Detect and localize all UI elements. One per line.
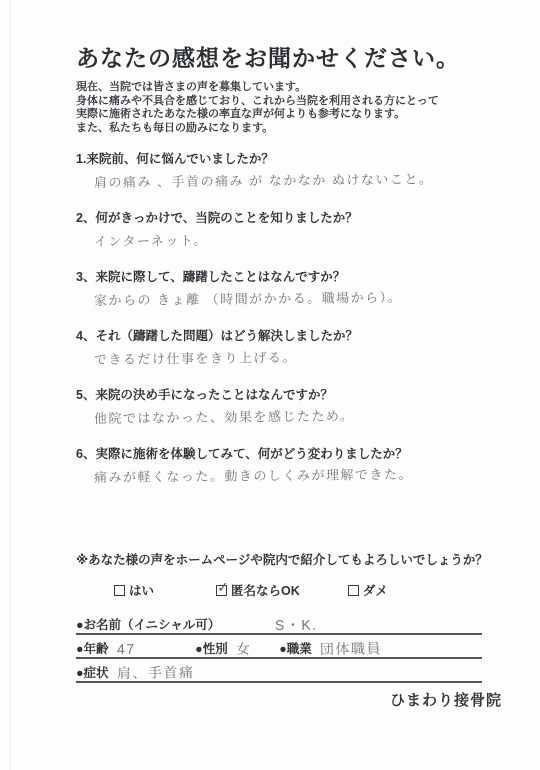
job-label: ●職業 (279, 639, 312, 657)
handwritten-answer: 肩の痛み 、手首の痛み が なかなか ぬけないこと。 (94, 170, 434, 192)
questions-section: 1.来院前、何に悩んでいましたか？ 肩の痛み 、手首の痛み が なかなか ぬけな… (76, 151, 482, 487)
handwritten-answer: インターネット。 (94, 232, 208, 251)
option-anonymous-ok-label: 匿名ならOK (231, 581, 300, 599)
question-block-1: 1.来院前、何に悩んでいましたか？ 肩の痛み 、手首の痛み が なかなか ぬけな… (76, 151, 482, 192)
handwritten-answer: 痛みが軽くなった。動きのしくみが理解できた。 (94, 466, 413, 487)
option-anonymous-ok: ✓ 匿名ならOK (216, 581, 300, 599)
question-label: 1.来院前、何に悩んでいましたか？ (76, 151, 482, 167)
question-block-6: 6、実際に施術を体験してみて、何がどう変わりましたか？ 痛みが軽くなった。動きの… (76, 446, 482, 487)
respondent-fields: ●お名前（イニシャル可） S・K. ●年齢 47 ●性別 女 ●職業 団体職員 … (76, 613, 482, 683)
checkbox-yes-icon (114, 585, 125, 596)
symptom-row: ●症状 肩、手首痛 (76, 661, 482, 683)
name-label: ●お名前（イニシャル可） (76, 615, 220, 633)
option-yes-label: はい (129, 581, 154, 599)
intro-line: 身体に痛みや不具合を感じており、これから当院を利用される方にとって (76, 95, 482, 109)
option-no: ダメ (348, 581, 388, 599)
question-block-3: 3、来院に際して、躊躇したことはなんですか？ 家からの きょ離 （時間がかかる。… (76, 269, 482, 310)
checkbox-anonymous-ok-icon: ✓ (216, 585, 227, 596)
name-row: ●お名前（イニシャル可） S・K. (76, 613, 482, 635)
handwritten-answer: できるだけ仕事をきり上げる。 (94, 349, 297, 369)
age-label: ●年齢 (76, 639, 109, 657)
permission-options: はい ✓ 匿名ならOK ダメ (76, 581, 482, 599)
option-no-label: ダメ (363, 581, 388, 599)
publish-permission-section: ※あなた様の声をホームページや院内で紹介してもよろしいでしょうか？ はい ✓ 匿… (76, 550, 482, 599)
questionnaire-page: あなたの感想をお聞かせください。 現在、当院では皆さまの声を募集しています。 身… (0, 0, 540, 770)
checkbox-no-icon (348, 585, 359, 596)
question-label: 4、それ（躊躇した問題）はどう解決しましたか？ (76, 328, 482, 344)
option-yes: はい (114, 581, 154, 599)
handwritten-answer: 家からの きょ離 （時間がかかる。職場から）。 (94, 289, 402, 310)
question-block-2: 2、何がきっかけで、当院のことを知りましたか？ インターネット。 (76, 210, 482, 251)
question-label: 6、実際に施術を体験してみて、何がどう変わりましたか？ (76, 446, 482, 462)
job-value: 団体職員 (320, 640, 382, 657)
age-gender-job-row: ●年齢 47 ●性別 女 ●職業 団体職員 (76, 637, 482, 659)
question-block-5: 5、来院の決め手になったことはなんですか？ 他院ではなかった、効果を感じたため。 (76, 387, 482, 428)
symptom-value: 肩、手首痛 (116, 664, 194, 681)
gender-value: 女 (236, 641, 252, 657)
symptom-label: ●症状 (76, 663, 109, 681)
handwritten-answer: 他院ではなかった、効果を感じたため。 (94, 407, 355, 428)
intro-line: 実際に施術されたあなた様の率直な声が何よりも参考になります。 (76, 108, 482, 122)
intro-line: また、私たちも毎日の励みになります。 (76, 122, 482, 136)
intro-text: 現在、当院では皆さまの声を募集しています。 身体に痛みや不具合を感じており、これ… (76, 81, 482, 135)
clinic-name: ひまわり接骨院 (76, 689, 502, 710)
question-label: 2、何がきっかけで、当院のことを知りましたか？ (76, 210, 482, 226)
gender-label: ●性別 (195, 639, 228, 657)
name-value: S・K. (275, 617, 318, 633)
question-block-4: 4、それ（躊躇した問題）はどう解決しましたか？ できるだけ仕事をきり上げる。 (76, 328, 482, 369)
question-label: 3、来院に際して、躊躇したことはなんですか？ (76, 269, 482, 285)
checkmark-icon: ✓ (216, 578, 229, 596)
age-value: 47 (116, 641, 135, 657)
intro-line: 現在、当院では皆さまの声を募集しています。 (76, 81, 482, 95)
question-label: 5、来院の決め手になったことはなんですか？ (76, 387, 482, 403)
permission-question: ※あなた様の声をホームページや院内で紹介してもよろしいでしょうか？ (76, 550, 482, 568)
page-title: あなたの感想をお聞かせください。 (76, 44, 482, 72)
